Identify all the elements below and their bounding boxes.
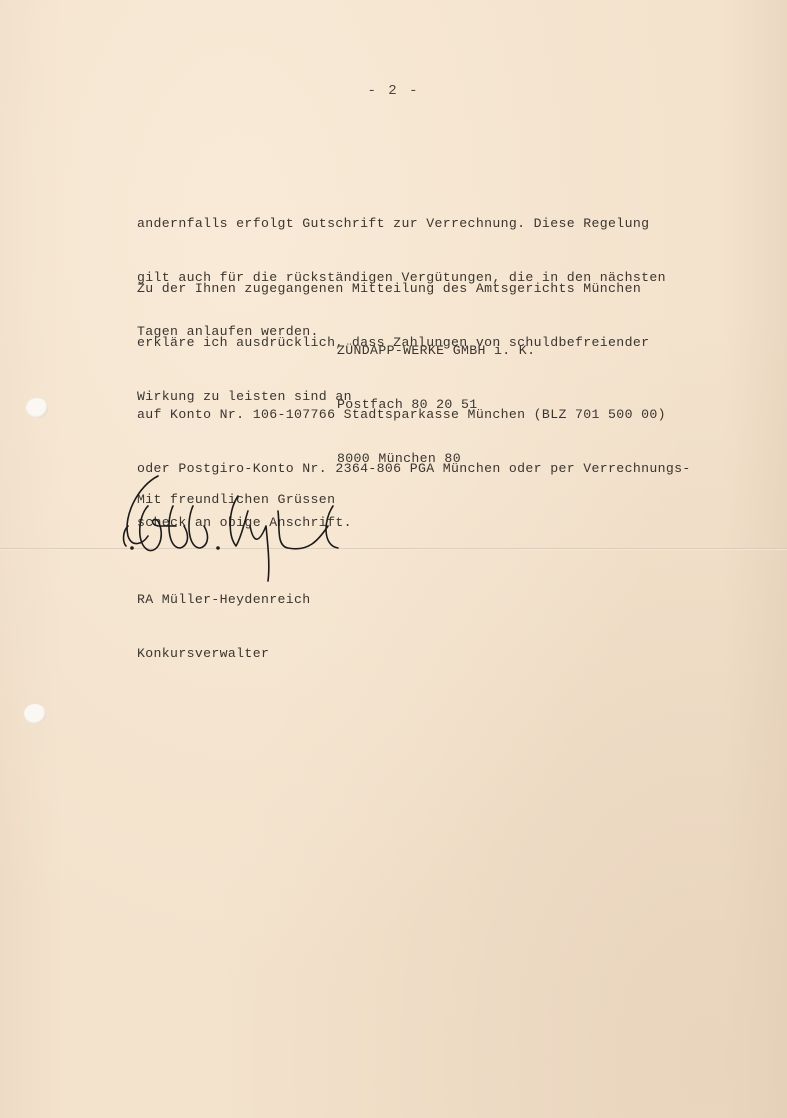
- signer-title: Konkursverwalter: [137, 645, 311, 663]
- text-line: Zu der Ihnen zugegangenen Mitteilung des…: [137, 280, 649, 298]
- page-number: - 2 -: [0, 83, 787, 99]
- text-line: andernfalls erfolgt Gutschrift zur Verre…: [137, 215, 666, 233]
- text-line: auf Konto Nr. 106-107766 Stadtsparkasse …: [137, 406, 691, 424]
- handwritten-signature: [118, 466, 348, 586]
- signer-name: RA Müller-Heydenreich: [137, 591, 311, 609]
- punch-hole: [24, 704, 46, 724]
- punch-hole: [26, 398, 48, 418]
- address-line: ZÜNDAPP-WERKE GMBH i. K.: [337, 342, 535, 360]
